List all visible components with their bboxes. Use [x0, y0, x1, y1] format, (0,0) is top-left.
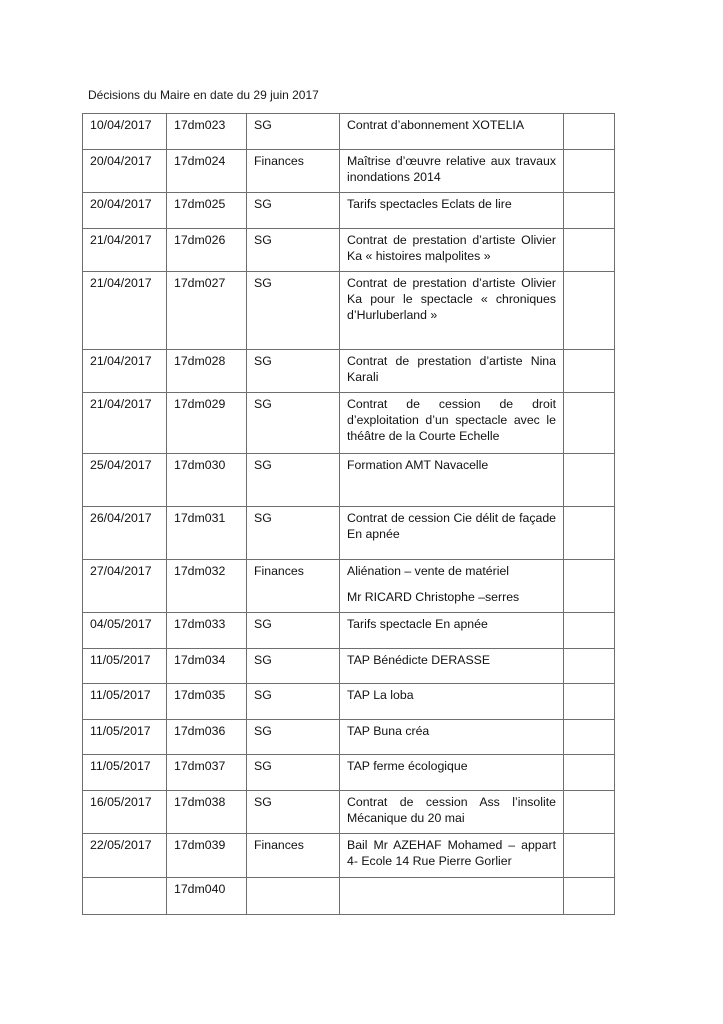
cell-service: SG: [247, 229, 340, 272]
cell-date: 20/04/2017: [83, 193, 167, 229]
cell-date: 20/04/2017: [83, 150, 167, 193]
cell-service: SG: [247, 454, 340, 507]
table-row: 20/04/201717dm024FinancesMaîtrise d’œuvr…: [83, 150, 615, 193]
table-row: 21/04/201717dm029SGContrat de cession de…: [83, 393, 615, 454]
cell-decision-number: 17dm035: [167, 684, 247, 720]
object-line: Contrat de cession de droit d’exploitati…: [347, 396, 556, 444]
cell-object: Contrat de prestation d’artiste Olivier …: [340, 272, 564, 350]
table-row: 21/04/201717dm026SGContrat de prestation…: [83, 229, 615, 272]
cell-object: Tarifs spectacle En apnée: [340, 613, 564, 649]
cell-date: 11/05/2017: [83, 720, 167, 755]
object-line: Formation AMT Navacelle: [347, 457, 556, 473]
cell-service: Finances: [247, 150, 340, 193]
cell-object: Contrat d’abonnement XOTELIA: [340, 114, 564, 150]
cell-date: [83, 878, 167, 915]
cell-date: 04/05/2017: [83, 613, 167, 649]
cell-extra: [564, 791, 615, 834]
object-line: Contrat de prestation d’artiste Olivier …: [347, 232, 556, 264]
cell-date: 26/04/2017: [83, 507, 167, 560]
cell-extra: [564, 649, 615, 684]
cell-decision-number: 17dm040: [167, 878, 247, 915]
table-row: 22/05/201717dm039FinancesBail Mr AZEHAF …: [83, 834, 615, 878]
cell-extra: [564, 507, 615, 560]
cell-extra: [564, 613, 615, 649]
cell-object: TAP ferme écologique: [340, 755, 564, 791]
cell-object: Formation AMT Navacelle: [340, 454, 564, 507]
cell-decision-number: 17dm031: [167, 507, 247, 560]
cell-object: Contrat de cession de droit d’exploitati…: [340, 393, 564, 454]
cell-date: 21/04/2017: [83, 229, 167, 272]
cell-decision-number: 17dm028: [167, 350, 247, 393]
cell-service: SG: [247, 507, 340, 560]
cell-extra: [564, 454, 615, 507]
object-line: TAP La loba: [347, 687, 556, 703]
object-line: Bail Mr AZEHAF Mohamed – appart 4- Ecole…: [347, 837, 556, 869]
cell-date: 10/04/2017: [83, 114, 167, 150]
cell-extra: [564, 193, 615, 229]
cell-extra: [564, 834, 615, 878]
cell-service: Finances: [247, 834, 340, 878]
table-row: 27/04/201717dm032FinancesAliénation – ve…: [83, 560, 615, 613]
table-row: 11/05/201717dm036SGTAP Buna créa: [83, 720, 615, 755]
cell-object: Contrat de cession Ass l’insolite Mécani…: [340, 791, 564, 834]
cell-decision-number: 17dm039: [167, 834, 247, 878]
cell-service: SG: [247, 272, 340, 350]
cell-service: SG: [247, 755, 340, 791]
object-line: TAP Bénédicte DERASSE: [347, 652, 556, 668]
object-line: TAP ferme écologique: [347, 758, 556, 774]
table-row: 16/05/201717dm038SGContrat de cession As…: [83, 791, 615, 834]
cell-service: SG: [247, 684, 340, 720]
cell-decision-number: 17dm034: [167, 649, 247, 684]
cell-extra: [564, 150, 615, 193]
cell-object: Maîtrise d’œuvre relative aux travaux in…: [340, 150, 564, 193]
cell-date: 21/04/2017: [83, 393, 167, 454]
cell-date: 11/05/2017: [83, 684, 167, 720]
cell-service: SG: [247, 350, 340, 393]
cell-decision-number: 17dm036: [167, 720, 247, 755]
cell-service: SG: [247, 791, 340, 834]
cell-object: TAP Buna créa: [340, 720, 564, 755]
cell-decision-number: 17dm025: [167, 193, 247, 229]
cell-object: TAP La loba: [340, 684, 564, 720]
table-row: 17dm040: [83, 878, 615, 915]
table-row: 21/04/201717dm027SGContrat de prestation…: [83, 272, 615, 350]
decisions-table: 10/04/201717dm023SGContrat d’abonnement …: [82, 113, 615, 915]
table-row: 04/05/201717dm033SGTarifs spectacle En a…: [83, 613, 615, 649]
cell-date: 21/04/2017: [83, 350, 167, 393]
cell-extra: [564, 755, 615, 791]
table-row: 20/04/201717dm025SGTarifs spectacles Ecl…: [83, 193, 615, 229]
cell-decision-number: 17dm023: [167, 114, 247, 150]
cell-service: Finances: [247, 560, 340, 613]
document-title: Décisions du Maire en date du 29 juin 20…: [88, 88, 319, 102]
cell-object: Contrat de cession Cie délit de façade E…: [340, 507, 564, 560]
cell-date: 11/05/2017: [83, 649, 167, 684]
cell-object: Bail Mr AZEHAF Mohamed – appart 4- Ecole…: [340, 834, 564, 878]
cell-decision-number: 17dm027: [167, 272, 247, 350]
object-line: Tarifs spectacles Eclats de lire: [347, 196, 556, 212]
table-row: 21/04/201717dm028SGContrat de prestation…: [83, 350, 615, 393]
cell-decision-number: 17dm026: [167, 229, 247, 272]
cell-decision-number: 17dm032: [167, 560, 247, 613]
cell-service: SG: [247, 720, 340, 755]
cell-object: Contrat de prestation d’artiste Nina Kar…: [340, 350, 564, 393]
cell-extra: [564, 114, 615, 150]
cell-service: [247, 878, 340, 915]
object-line: Tarifs spectacle En apnée: [347, 616, 556, 632]
cell-decision-number: 17dm038: [167, 791, 247, 834]
cell-service: SG: [247, 613, 340, 649]
object-line: TAP Buna créa: [347, 723, 556, 739]
cell-service: SG: [247, 649, 340, 684]
cell-decision-number: 17dm033: [167, 613, 247, 649]
cell-date: 21/04/2017: [83, 272, 167, 350]
table-row: 11/05/201717dm034SGTAP Bénédicte DERASSE: [83, 649, 615, 684]
cell-extra: [564, 878, 615, 915]
cell-decision-number: 17dm030: [167, 454, 247, 507]
cell-service: SG: [247, 393, 340, 454]
object-line: Contrat d’abonnement XOTELIA: [347, 117, 556, 133]
object-line: Maîtrise d’œuvre relative aux travaux in…: [347, 153, 556, 185]
cell-object: Aliénation – vente de matérielMr RICARD …: [340, 560, 564, 613]
cell-object: TAP Bénédicte DERASSE: [340, 649, 564, 684]
cell-decision-number: 17dm037: [167, 755, 247, 791]
cell-object: Tarifs spectacles Eclats de lire: [340, 193, 564, 229]
cell-decision-number: 17dm029: [167, 393, 247, 454]
table-row: 11/05/201717dm037SGTAP ferme écologique: [83, 755, 615, 791]
cell-extra: [564, 350, 615, 393]
cell-extra: [564, 229, 615, 272]
cell-extra: [564, 560, 615, 613]
cell-extra: [564, 272, 615, 350]
object-line: Contrat de prestation d’artiste Olivier …: [347, 275, 556, 323]
object-line: Contrat de cession Cie délit de façade E…: [347, 510, 556, 542]
table-row: 25/04/201717dm030SGFormation AMT Navacel…: [83, 454, 615, 507]
cell-decision-number: 17dm024: [167, 150, 247, 193]
cell-object: Contrat de prestation d’artiste Olivier …: [340, 229, 564, 272]
cell-extra: [564, 684, 615, 720]
table-row: 10/04/201717dm023SGContrat d’abonnement …: [83, 114, 615, 150]
cell-date: 11/05/2017: [83, 755, 167, 791]
decisions-table-body: 10/04/201717dm023SGContrat d’abonnement …: [83, 114, 615, 915]
table-row: 26/04/201717dm031SGContrat de cession Ci…: [83, 507, 615, 560]
cell-date: 25/04/2017: [83, 454, 167, 507]
cell-extra: [564, 393, 615, 454]
cell-service: SG: [247, 193, 340, 229]
object-line: Aliénation – vente de matériel: [347, 563, 556, 579]
cell-extra: [564, 720, 615, 755]
cell-object: [340, 878, 564, 915]
object-line: Contrat de prestation d’artiste Nina Kar…: [347, 353, 556, 385]
object-line: Contrat de cession Ass l’insolite Mécani…: [347, 794, 556, 826]
cell-service: SG: [247, 114, 340, 150]
cell-date: 22/05/2017: [83, 834, 167, 878]
cell-date: 27/04/2017: [83, 560, 167, 613]
table-row: 11/05/201717dm035SGTAP La loba: [83, 684, 615, 720]
object-line: Mr RICARD Christophe –serres: [347, 589, 556, 605]
cell-date: 16/05/2017: [83, 791, 167, 834]
